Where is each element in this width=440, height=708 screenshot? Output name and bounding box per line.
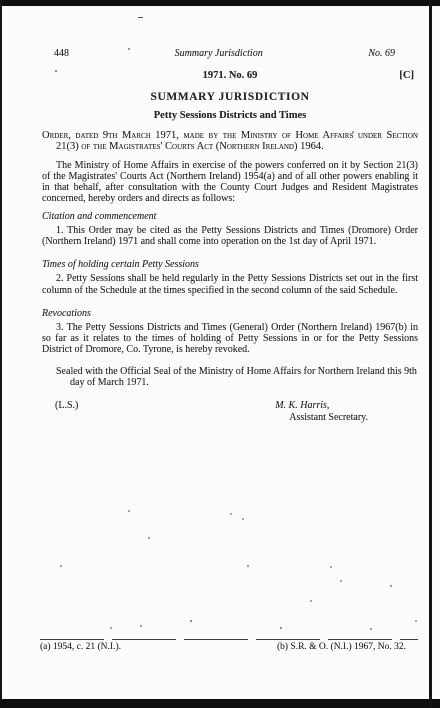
footnote-row: (a) 1954, c. 21 (N.I.). (b) S.R. & O. (N… — [40, 642, 418, 653]
running-header: 448 Summary Jurisdiction No. 69 — [42, 48, 418, 59]
section-heading-citation: Citation and commencement — [42, 211, 418, 222]
preamble-paragraph: The Ministry of Home Affairs in exercise… — [42, 160, 418, 205]
section-heading-times: Times of holding certain Petty Sessions — [42, 259, 418, 270]
sealing-clause: Sealed with the Official Seal of the Min… — [42, 366, 418, 388]
order-number: 1971. No. 69 — [203, 70, 258, 81]
footnote-a: (a) 1954, c. 21 (N.I.). — [40, 642, 121, 653]
section-heading-revocations: Revocations — [42, 308, 418, 319]
footnotes: (a) 1954, c. 21 (N.I.). (b) S.R. & O. (N… — [40, 639, 418, 653]
order-number-line: 1971. No. 69 [C] — [42, 70, 418, 82]
scanned-document-page: 448 Summary Jurisdiction No. 69 1971. No… — [0, 0, 440, 708]
document-title: SUMMARY JURISDICTION — [42, 91, 418, 104]
section-body-citation: 1. This Order may be cited as the Petty … — [42, 225, 418, 247]
page-number: 448 — [42, 48, 69, 59]
signatory-role: Assistant Secretary. — [275, 412, 368, 424]
footnote-b: (b) S.R. & O. (N.I.) 1967, No. 32. — [277, 642, 406, 653]
page-content: 448 Summary Jurisdiction No. 69 1971. No… — [42, 6, 418, 423]
section-body-revocations: 3. The Petty Sessions Districts and Time… — [42, 322, 418, 356]
scan-border-bottom — [0, 699, 440, 708]
classification-mark: [C] — [399, 70, 414, 82]
scan-speckle — [0, 0, 2, 2]
section-body-times: 2. Petty Sessions shall be held regularl… — [42, 273, 418, 295]
scan-border-right — [429, 0, 432, 708]
order-caption: Order, dated 9th March 1971, made by the… — [42, 130, 418, 153]
document-subtitle: Petty Sessions Districts and Times — [42, 110, 418, 122]
footnote-rule — [40, 639, 418, 640]
scan-border-left — [0, 0, 2, 708]
signatory-name: M. K. Harris, — [275, 400, 368, 412]
issue-number: No. 69 — [368, 48, 418, 59]
running-title: Summary Jurisdiction — [69, 48, 368, 59]
signatory: M. K. Harris, Assistant Secretary. — [275, 400, 368, 423]
seal-mark: (L.S.) — [55, 400, 78, 423]
signature-block: (L.S.) M. K. Harris, Assistant Secretary… — [42, 400, 418, 423]
